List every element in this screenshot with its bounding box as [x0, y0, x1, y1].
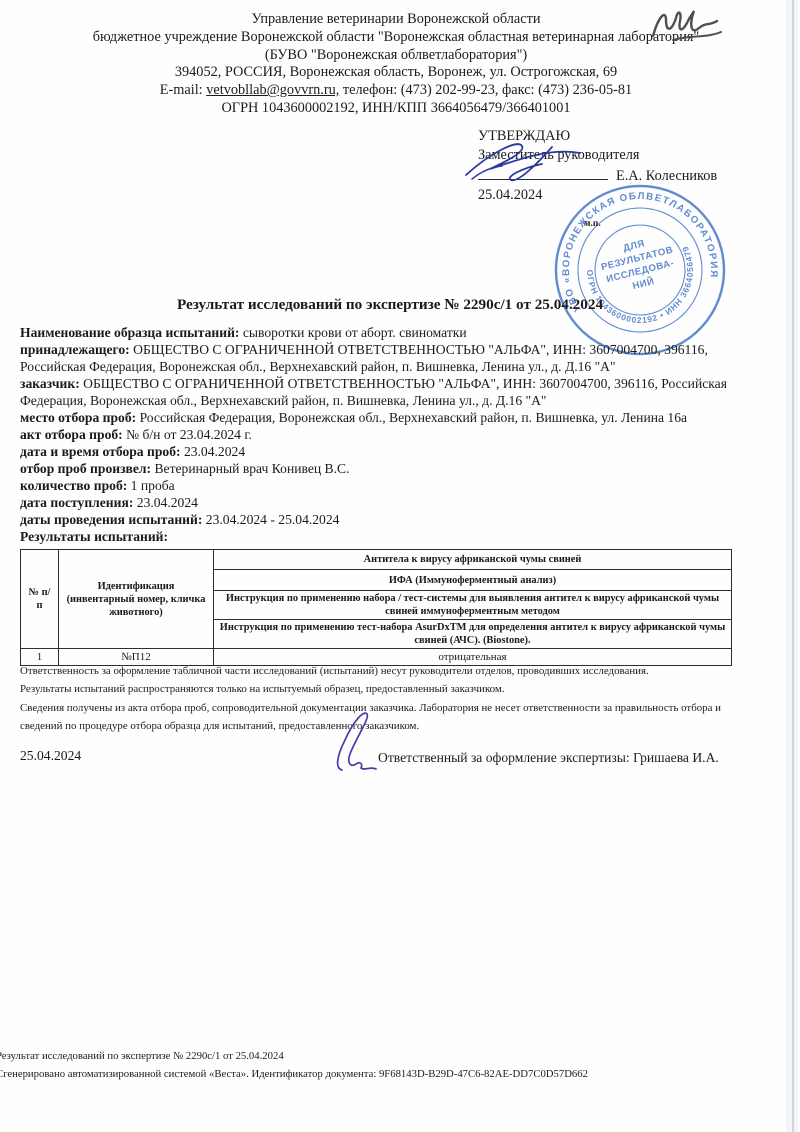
field-value: сыворотки крови от аборт. свиноматки [243, 325, 467, 340]
table-header-analyte: Антитела к вирусу африканской чумы свине… [214, 550, 732, 570]
field-label: заказчик: [20, 376, 80, 391]
results-table: № п/п Идентификация (инвентарный номер, … [20, 549, 732, 666]
signoff-date: 25.04.2024 [20, 748, 81, 764]
field-value: 23.04.2024 - 25.04.2024 [206, 512, 340, 527]
field-label: акт отбора проб: [20, 427, 123, 442]
note-text: Результаты испытаний распространяются то… [20, 680, 738, 698]
table-header-instruction: Инструкция по применению набора / тест-с… [214, 591, 732, 620]
field-label: место отбора проб: [20, 410, 136, 425]
field-value: Российская Федерация, Воронежская обл., … [140, 410, 687, 425]
table-header-identification: Идентификация (инвентарный номер, кличка… [59, 550, 214, 649]
field-row: дата и время отбора проб: 23.04.2024 [20, 443, 736, 460]
footer-generated-line: Сгенерировано автоматизированной системо… [0, 1065, 776, 1083]
field-row: дата поступления: 23.04.2024 [20, 494, 736, 511]
field-row: количество проб: 1 проба [20, 477, 736, 494]
signoff-label: Ответственный за оформление экспертизы: … [378, 750, 738, 766]
field-row: акт отбора проб: № б/н от 23.04.2024 г. [20, 426, 736, 443]
org-ogrn-inn-line: ОГРН 1043600002192, ИНН/КПП 3664056479/3… [0, 100, 792, 118]
table-header-method: ИФА (Иммуноферментный анализ) [214, 570, 732, 591]
email-label: E-mail: [160, 82, 203, 98]
document-footer: Результат исследований по экспертизе № 2… [0, 1047, 776, 1083]
field-value: ОБЩЕСТВО С ОГРАНИЧЕННОЙ ОТВЕТСТВЕННОСТЬЮ… [20, 376, 727, 408]
scan-edge-line [792, 0, 794, 1132]
footer-expertise-line: Результат исследований по экспертизе № 2… [0, 1047, 776, 1065]
field-label: даты проведения испытаний: [20, 512, 202, 527]
stamp-place-label: м.п. [584, 219, 601, 229]
sample-fields: Наименование образца испытаний: сыворотк… [20, 324, 736, 545]
table-header-testkit: Инструкция по применению тест-набора Asu… [214, 620, 732, 649]
field-row: отбор проб произвел: Ветеринарный врач К… [20, 460, 736, 477]
field-row: даты проведения испытаний: 23.04.2024 - … [20, 511, 736, 528]
results-heading: Результаты испытаний: [20, 528, 736, 545]
document-page: Управление ветеринарии Воронежской облас… [0, 0, 800, 1132]
handwritten-mark [645, 5, 753, 45]
field-row: место отбора проб: Российская Федерация,… [20, 409, 736, 426]
org-shortname-line: (БУВО "Воронежская облветлаборатория") [0, 47, 792, 65]
org-contacts-line: E-mail: vetvobllab@govvrn.ru, телефон: (… [0, 82, 792, 100]
org-address-line: 394052, РОССИЯ, Воронежская область, Вор… [0, 64, 792, 82]
email-link[interactable]: vetvobllab@govvrn.ru, [206, 82, 339, 98]
phone-fax-text: телефон: (473) 202-99-23, факс: (473) 23… [343, 82, 632, 98]
field-label: количество проб: [20, 478, 127, 493]
field-value: 23.04.2024 [137, 495, 198, 510]
field-label: Наименование образца испытаний: [20, 325, 239, 340]
field-row: Наименование образца испытаний: сыворотк… [20, 324, 736, 341]
field-row: принадлежащего: ОБЩЕСТВО С ОГРАНИЧЕННОЙ … [20, 341, 736, 375]
table-header-num: № п/п [21, 550, 59, 649]
field-label: дата поступления: [20, 495, 133, 510]
field-value: № б/н от 23.04.2024 г. [126, 427, 252, 442]
field-label: дата и время отбора проб: [20, 444, 181, 459]
signoff-signature-ink [330, 708, 384, 778]
note-text: Ответственность за оформление табличной … [20, 662, 738, 680]
field-value: 23.04.2024 [184, 444, 245, 459]
field-row: заказчик: ОБЩЕСТВО С ОГРАНИЧЕННОЙ ОТВЕТС… [20, 375, 736, 409]
field-label: принадлежащего: [20, 342, 130, 357]
field-value: Ветеринарный врач Конивец В.С. [154, 461, 349, 476]
field-label: отбор проб произвел: [20, 461, 151, 476]
field-value: 1 проба [131, 478, 175, 493]
page-title: Результат исследований по экспертизе № 2… [0, 296, 780, 314]
